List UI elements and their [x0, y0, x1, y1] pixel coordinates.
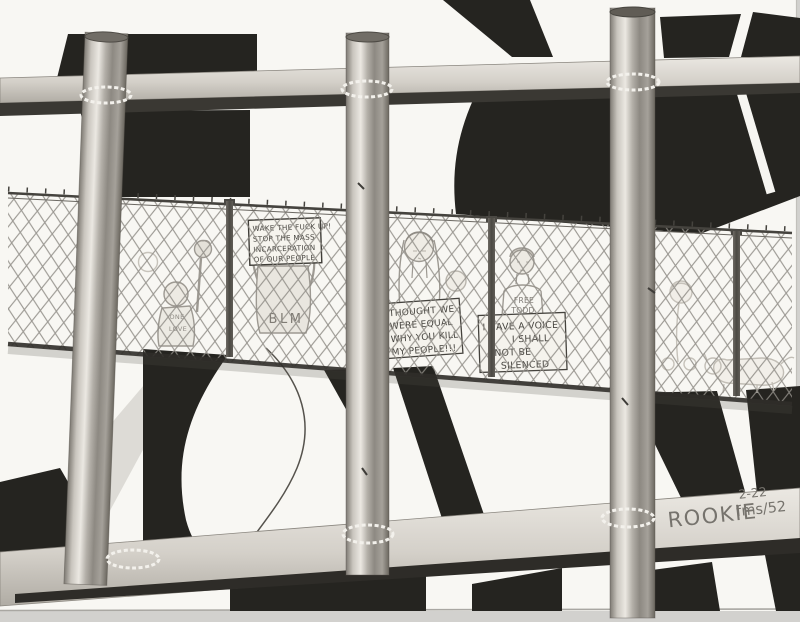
bar-cap: [610, 7, 655, 17]
scanned-pencil-drawing: ONE LOVE BLM WAKE THE FUCK UP! STOP THE …: [0, 0, 800, 622]
black-stripe-top-right-a: [660, 14, 741, 58]
fence-post: [733, 231, 740, 396]
bar-shaft: [346, 33, 389, 575]
prison-bar-middle: [346, 32, 389, 575]
fence-post: [488, 218, 495, 377]
fence-post: [226, 201, 233, 357]
drawing-canvas: ONE LOVE BLM WAKE THE FUCK UP! STOP THE …: [0, 0, 800, 622]
bar-cap: [346, 32, 389, 42]
signature-date: 2-22: [738, 484, 768, 502]
black-stroke-b-below-rail: [652, 562, 720, 611]
